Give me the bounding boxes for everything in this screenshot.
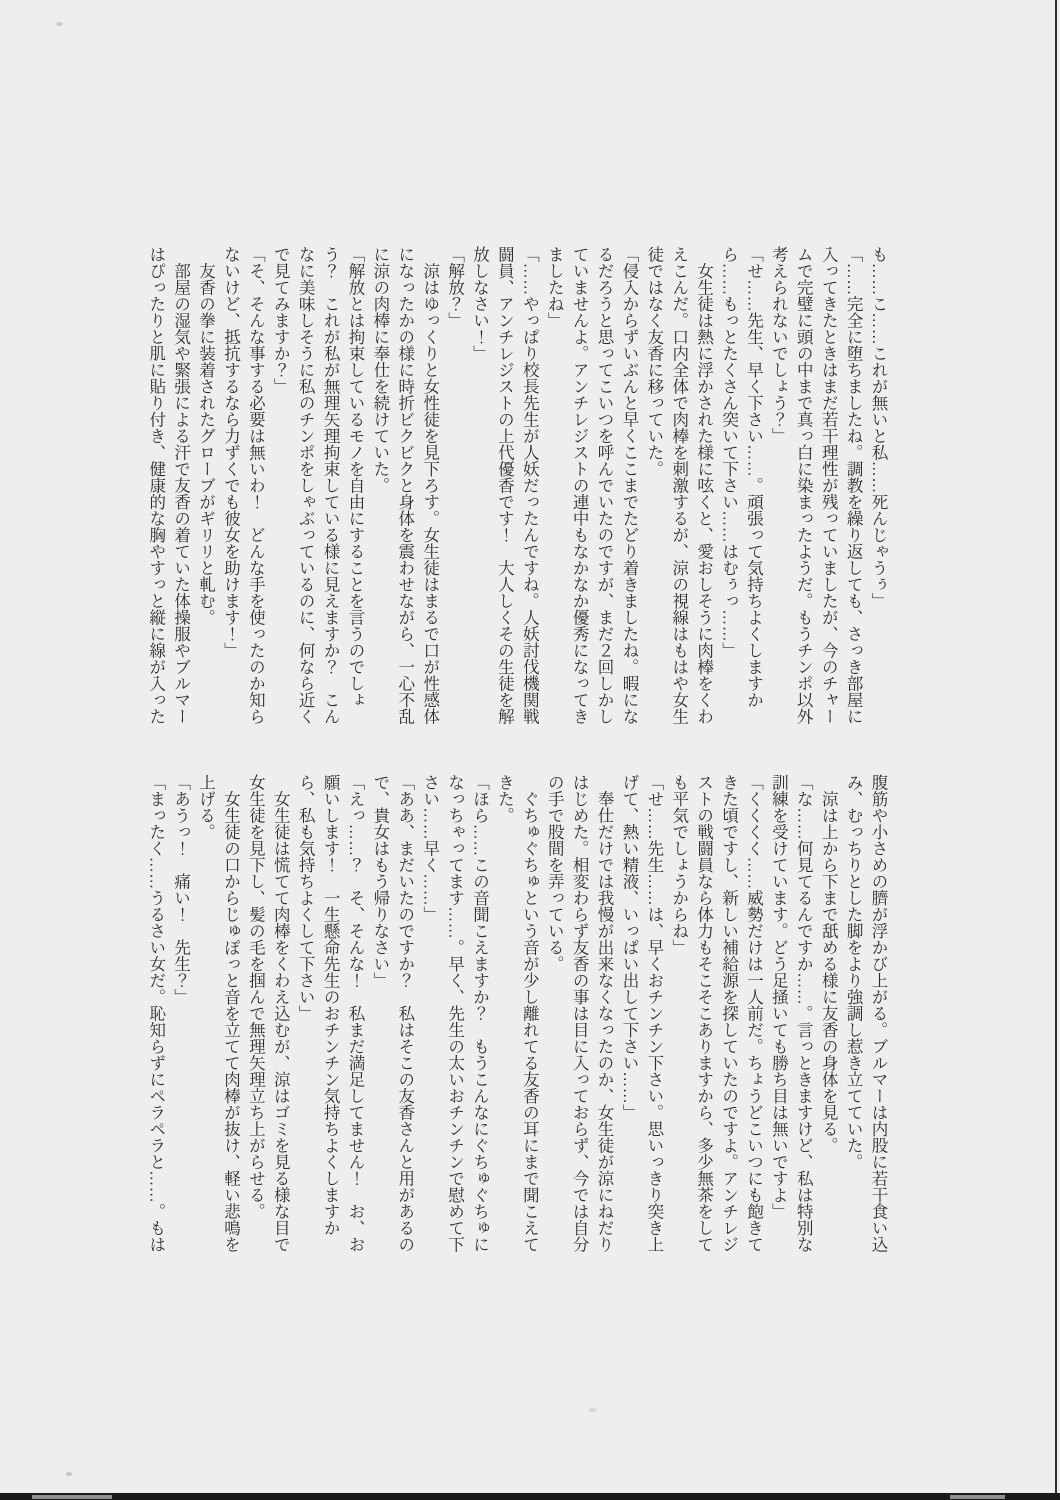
scan-speck	[56, 22, 63, 26]
text-line: ら……もっとたくさん突いて下さい……はむぅっ……」	[716, 246, 741, 725]
text-line: 「あうっ！ 痛い！ 先生？」	[168, 774, 193, 1257]
text-line: 「くくくく……威勢だけは一人前だ。ちょうどこいつにも飽きて	[741, 774, 766, 1257]
text-block-top: も……こ……これが無いと私……死んじゃうぅ」「……完全に堕ちましたね。調教を繰り…	[143, 246, 890, 725]
text-line: 「解放とは拘束しているモノを自由にすることを言うのでしょ	[342, 246, 367, 725]
text-line: 考えられないでしょう？」	[765, 246, 790, 725]
text-line: きた。	[492, 774, 517, 1257]
text-line: 「侵入からずいぶんと早くここまでたどり着きましたね。暇にな	[616, 246, 641, 725]
text-line: 上げる。	[193, 774, 218, 1257]
text-line: 「えっ……？ そ、そんな！ 私まだ満足してません！ お、お	[342, 774, 367, 1257]
text-line: み、むっちりとした脚をより強調し惹き立てていた。	[840, 774, 865, 1257]
text-line: はぴったりと肌に貼り付き、健康的な胸やすっと縦に線が入った	[143, 246, 168, 725]
scan-speck	[66, 1472, 72, 1476]
text-line: げて、熱い精液、いっぱい出して下さい……」	[616, 774, 641, 1257]
text-line: の手で股間を弄っている。	[541, 774, 566, 1257]
text-line: 涼は上から下まで舐める様に友香の身体を見る。	[815, 774, 840, 1257]
text-line: さい……早く……」	[417, 774, 442, 1257]
text-line: 闘員、アンチレジストの上代優香です！ 大人しくその生徒を解	[492, 246, 517, 725]
text-line: 奉仕だけでは我慢が出来なくなったのか、女生徒が涼にねだり	[591, 774, 616, 1257]
scanned-page: も……こ……これが無いと私……死んじゃうぅ」「……完全に堕ちましたね。調教を繰り…	[0, 0, 1060, 1500]
text-line: ら、私も気持ちよくして下さい」	[292, 774, 317, 1257]
text-line: るだろうと思ってこいつを呼んでいたのですが、まだ２回しかし	[591, 246, 616, 725]
text-line: 女生徒は慌てて肉棒をくわえ込むが、涼はゴミを見る様な目で	[267, 774, 292, 1257]
text-line: 訓練を受けています。どう足掻いても勝ち目は無いですよ」	[765, 774, 790, 1257]
text-line: なっちゃってます……。早く、先生の太いおチンチンで慰めて下	[442, 774, 467, 1257]
scan-edge-band-bottom	[0, 1493, 1060, 1500]
text-line: 「ああ、まだいたのですか？ 私はそこの友香さんと用があるの	[392, 774, 417, 1257]
text-line: も……こ……これが無いと私……死んじゃうぅ」	[865, 246, 890, 725]
text-line: ストの戦闘員なら体力もそこそこありますから、多少無茶をして	[691, 774, 716, 1257]
text-line: になったかの様に時折ビクビクと身体を震わせながら、一心不乱	[392, 246, 417, 725]
text-line: えこんだ。口内全体で肉棒を刺激するが、涼の視線はもはや女生	[666, 246, 691, 725]
text-line: なに美味しそうに私のチンポをしゃぶっているのに、何なら近く	[292, 246, 317, 725]
scan-speck	[588, 1408, 597, 1412]
text-line: 「な……何見てるんですか……。言っときますけど、私は特別な	[790, 774, 815, 1257]
text-line: 友香の拳に装着されたグローブがギリリと軋む。	[193, 246, 218, 725]
text-line: 入ってきたときはまだ若干理性が残っていましたが、今のチャー	[815, 246, 840, 725]
text-line: で、貴女はもう帰りなさい」	[367, 774, 392, 1257]
text-line: 「まったく……うるさい女だ。恥知らずにペラペラと……。もは	[143, 774, 168, 1257]
text-line: 願いします！ 一生懸命先生のおチンチン気持ちよくしますか	[317, 774, 342, 1257]
text-line: 放しなさい！」	[467, 246, 492, 725]
text-line: きた頃ですし、新しい補給源を探していたのですよ。アンチレジ	[716, 774, 741, 1257]
text-line: 「せ……先生、早く下さい……。頑張って気持ちよくしますか	[741, 246, 766, 725]
text-line: 徒ではなく友香に移っていた。	[641, 246, 666, 725]
text-line: ムで完璧に頭の中まで真っ白に染まったようだ。もうチンポ以外	[790, 246, 815, 725]
text-line: も平気でしょうからね」	[666, 774, 691, 1257]
text-line: 部屋の湿気や緊張による汗で友香の着ていた体操服やブルマー	[168, 246, 193, 725]
text-line: 女生徒は熱に浮かされた様に呟くと、愛おしそうに肉棒をくわ	[691, 246, 716, 725]
text-line: 「解放？」	[442, 246, 467, 725]
text-line: に涼の肉棒に奉仕を続けていた。	[367, 246, 392, 725]
scan-band-gap	[950, 1495, 1005, 1499]
text-line: ましたね」	[541, 246, 566, 725]
text-line: 「そ、そんな事する必要は無いわ！ どんな手を使ったのか知ら	[242, 246, 267, 725]
text-line: ないけど、抵抗するなら力ずくでも彼女を助けます！」	[218, 246, 243, 725]
text-line: 女生徒の口からじゅぽっと音を立てて肉棒が抜け、軽い悲鳴を	[218, 774, 243, 1257]
text-line: 女生徒を見下し、髪の毛を掴んで無理矢理立ち上がらせる。	[242, 774, 267, 1257]
text-block-bottom: 腹筋や小さめの臍が浮かび上がる。ブルマーは内股に若干食い込み、むっちりとした脚を…	[143, 774, 890, 1257]
scan-edge-line-right	[1055, 0, 1057, 1500]
text-line: 「ほら……この音聞こえますか？ もうこんなにぐちゅぐちゅに	[467, 774, 492, 1257]
text-line: ていませんよ。アンチレジストの連中もなかなか優秀になってき	[566, 246, 591, 725]
text-line: 腹筋や小さめの臍が浮かび上がる。ブルマーは内股に若干食い込	[865, 774, 890, 1257]
text-line: 「……完全に堕ちましたね。調教を繰り返しても、さっき部屋に	[840, 246, 865, 725]
text-line: で見てみますか？」	[267, 246, 292, 725]
text-line: はじめた。相変わらず友香の事は目に入っておらず、今では自分	[566, 774, 591, 1257]
text-line: 涼はゆっくりと女性徒を見下ろす。女生徒はまるで口が性感体	[417, 246, 442, 725]
text-line: ぐちゅぐちゅという音が少し離れてる友香の耳にまで聞こえて	[516, 774, 541, 1257]
scan-band-gap	[32, 1495, 112, 1499]
text-line: う？ これが私が無理矢理拘束している様に見えますか？ こん	[317, 246, 342, 725]
text-line: 「せ……先生……は、早くおチンチン下さい。思いっきり突き上	[641, 774, 666, 1257]
text-line: 「……やっぱり校長先生が人妖だったんですね。人妖討伐機関戦	[516, 246, 541, 725]
